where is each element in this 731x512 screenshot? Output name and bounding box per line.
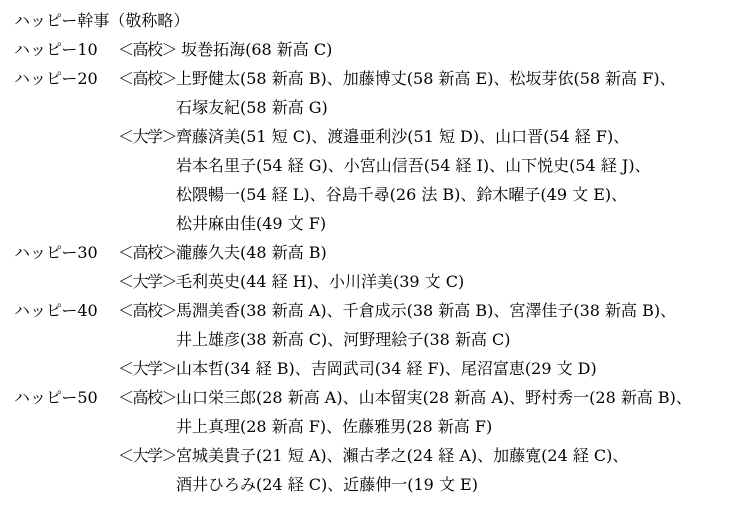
group-label: ハッピー20 [14, 64, 118, 93]
doc-line: ハッピー50 ＜高校＞ 山口栄三郎(28 新高 A)、山本留実(28 新高 A)… [14, 383, 723, 412]
doc-line: 酒井ひろみ(24 経 C)、近藤伸一(19 文 E) [14, 470, 723, 499]
doc-line: 岩本名里子(54 経 G)、小宮山信吾(54 経 I)、山下悦史(54 経 J)… [14, 151, 723, 180]
doc-line: ハッピー10 ＜高校＞ 坂巻拓海(68 新高 C) [14, 35, 723, 64]
section-tag: ＜大学＞ [118, 122, 176, 151]
section-tag: ＜高校＞ [118, 64, 176, 93]
member-names: 馬淵美香(38 新高 A)、千倉成示(38 新高 B)、宮澤佳子(38 新高 B… [176, 296, 723, 325]
page-title: ハッピー幹事（敬称略） [14, 11, 189, 30]
doc-line: ＜大学＞ 山本哲(34 経 B)、吉岡武司(34 経 F)、尾沼富恵(29 文 … [14, 354, 723, 383]
member-names: 坂巻拓海(68 新高 C) [176, 35, 723, 64]
group-label: ハッピー40 [14, 296, 118, 325]
section-tag: ＜大学＞ [118, 267, 176, 296]
member-names: 松隈暢一(54 経 L)、谷島千尋(26 法 B)、鈴木曜子(49 文 E)、 [176, 180, 723, 209]
doc-line: ハッピー20 ＜高校＞ 上野健太(58 新高 B)、加藤博丈(58 新高 E)、… [14, 64, 723, 93]
group-label: ハッピー50 [14, 383, 118, 412]
member-names: 山口栄三郎(28 新高 A)、山本留実(28 新高 A)、野村秀一(28 新高 … [176, 383, 723, 412]
section-tag: ＜高校＞ [118, 296, 176, 325]
doc-line: ＜大学＞ 毛利英史(44 経 H)、小川洋美(39 文 C) [14, 267, 723, 296]
member-names: 石塚友紀(58 新高 G) [176, 93, 723, 122]
member-names: 松井麻由佳(49 文 F) [176, 209, 723, 238]
member-names: 井上雄彦(38 新高 C)、河野理絵子(38 新高 C) [176, 325, 723, 354]
doc-line: 井上真理(28 新高 F)、佐藤雅男(28 新高 F) [14, 412, 723, 441]
member-names: 岩本名里子(54 経 G)、小宮山信吾(54 経 I)、山下悦史(54 経 J)… [176, 151, 723, 180]
doc-line: ハッピー30 ＜高校＞ 瀧藤久夫(48 新高 B) [14, 238, 723, 267]
doc-line: 石塚友紀(58 新高 G) [14, 93, 723, 122]
title-row: ハッピー幹事（敬称略） [14, 6, 723, 35]
member-names: 齊藤済美(51 短 C)、渡邉亜利沙(51 短 D)、山口晋(54 経 F)、 [176, 122, 723, 151]
member-names: 山本哲(34 経 B)、吉岡武司(34 経 F)、尾沼富恵(29 文 D) [176, 354, 723, 383]
doc-line: ハッピー40 ＜高校＞ 馬淵美香(38 新高 A)、千倉成示(38 新高 B)、… [14, 296, 723, 325]
doc-line: 松井麻由佳(49 文 F) [14, 209, 723, 238]
section-tag: ＜高校＞ [118, 238, 176, 267]
doc-line: 松隈暢一(54 経 L)、谷島千尋(26 法 B)、鈴木曜子(49 文 E)、 [14, 180, 723, 209]
member-names: 毛利英史(44 経 H)、小川洋美(39 文 C) [176, 267, 723, 296]
doc-line: ＜大学＞ 齊藤済美(51 短 C)、渡邉亜利沙(51 短 D)、山口晋(54 経… [14, 122, 723, 151]
member-names: 瀧藤久夫(48 新高 B) [176, 238, 723, 267]
section-tag: ＜大学＞ [118, 441, 176, 470]
member-names: 井上真理(28 新高 F)、佐藤雅男(28 新高 F) [176, 412, 723, 441]
member-list-document: ハッピー幹事（敬称略） ハッピー10 ＜高校＞ 坂巻拓海(68 新高 C) ハッ… [0, 0, 731, 499]
doc-line: ＜大学＞ 宮城美貴子(21 短 A)、瀨古孝之(24 経 A)、加藤寛(24 経… [14, 441, 723, 470]
member-names: 酒井ひろみ(24 経 C)、近藤伸一(19 文 E) [176, 470, 723, 499]
section-tag: ＜高校＞ [118, 383, 176, 412]
section-tag: ＜高校＞ [118, 35, 176, 64]
group-label: ハッピー10 [14, 35, 118, 64]
doc-line: 井上雄彦(38 新高 C)、河野理絵子(38 新高 C) [14, 325, 723, 354]
member-names: 上野健太(58 新高 B)、加藤博丈(58 新高 E)、松坂芽依(58 新高 F… [176, 64, 723, 93]
member-names: 宮城美貴子(21 短 A)、瀨古孝之(24 経 A)、加藤寛(24 経 C)、 [176, 441, 723, 470]
section-tag: ＜大学＞ [118, 354, 176, 383]
group-label: ハッピー30 [14, 238, 118, 267]
